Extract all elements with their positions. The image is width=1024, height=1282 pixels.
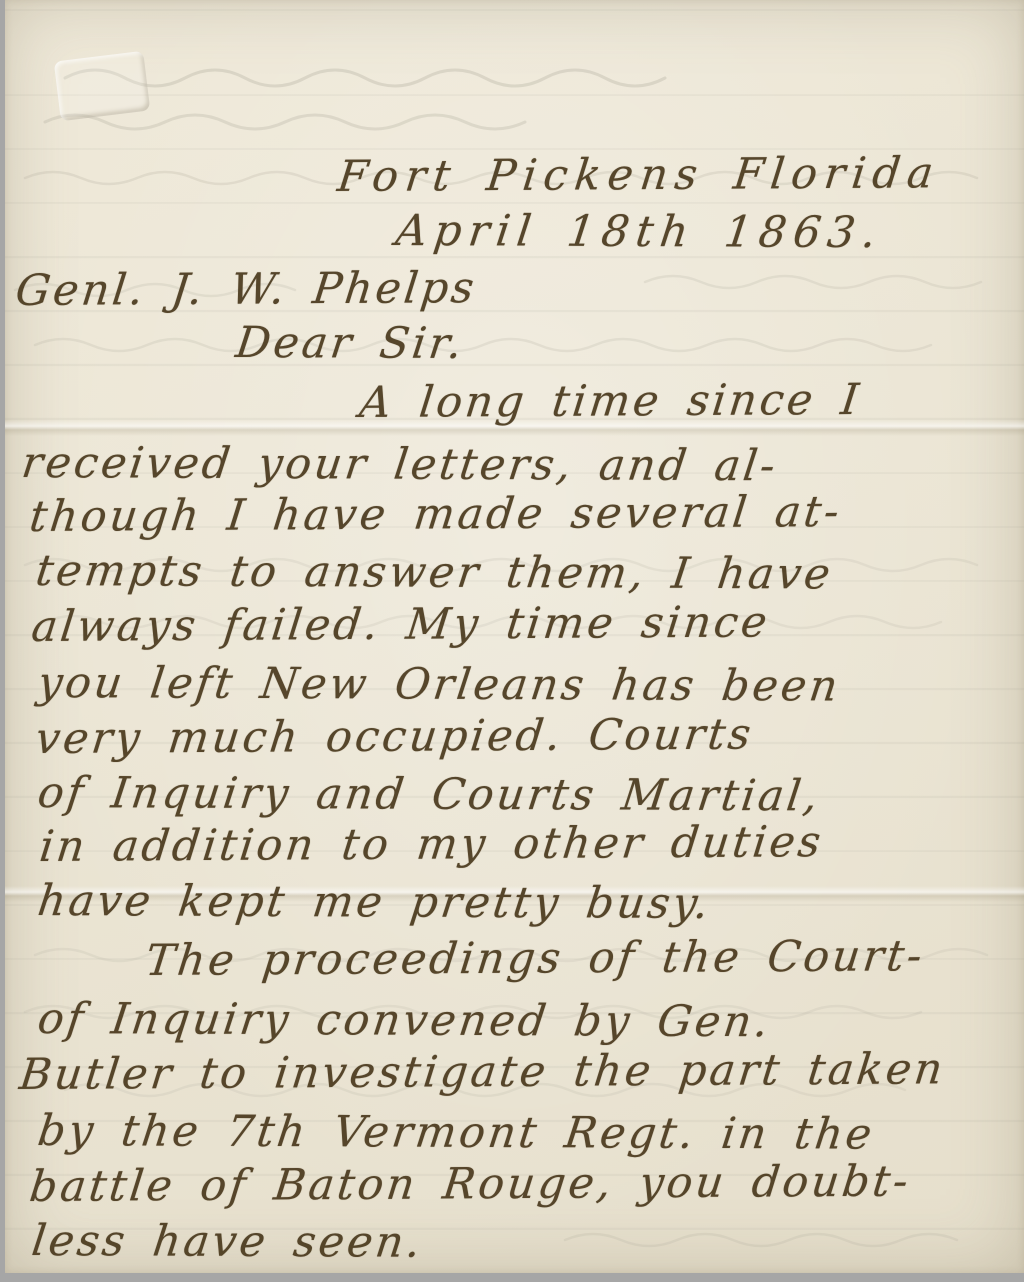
body-line: have kept me pretty busy. bbox=[35, 876, 714, 929]
body-line: tempts to answer them, I have bbox=[33, 546, 836, 599]
body-line: always failed. My time since bbox=[29, 597, 773, 652]
dateline-place: Fort Pickens Florida bbox=[335, 148, 943, 202]
scanned-letter-page: Fort Pickens Florida April 18th 1863. Ge… bbox=[0, 0, 1024, 1282]
embossed-stamp bbox=[54, 51, 151, 122]
salutation-line: Dear Sir. bbox=[233, 318, 468, 369]
body-line: you left New Orleans has been bbox=[35, 658, 843, 712]
body-line: A long time since I bbox=[357, 375, 864, 428]
body-line: Butler to investigate the part taken bbox=[17, 1044, 948, 1100]
body-line: of Inquiry and Courts Martial, bbox=[35, 768, 823, 821]
body-line: received your letters, and al- bbox=[19, 438, 781, 491]
body-line: in addition to my other duties bbox=[37, 817, 826, 872]
body-line: of Inquiry convened by Gen. bbox=[35, 994, 774, 1047]
recipient-line: Genl. J. W. Phelps bbox=[13, 263, 479, 316]
body-line: very much occupied. Courts bbox=[33, 710, 756, 764]
letter-paper: Fort Pickens Florida April 18th 1863. Ge… bbox=[5, 0, 1024, 1273]
body-line: though I have made several at- bbox=[27, 487, 845, 542]
body-line: less have seen. bbox=[29, 1216, 426, 1268]
body-line: battle of Baton Rouge, you doubt- bbox=[27, 1157, 914, 1212]
body-line: The proceedings of the Court- bbox=[143, 931, 927, 986]
dateline-date: April 18th 1863. bbox=[393, 206, 886, 258]
body-line: by the 7th Vermont Regt. in the bbox=[35, 1106, 877, 1160]
